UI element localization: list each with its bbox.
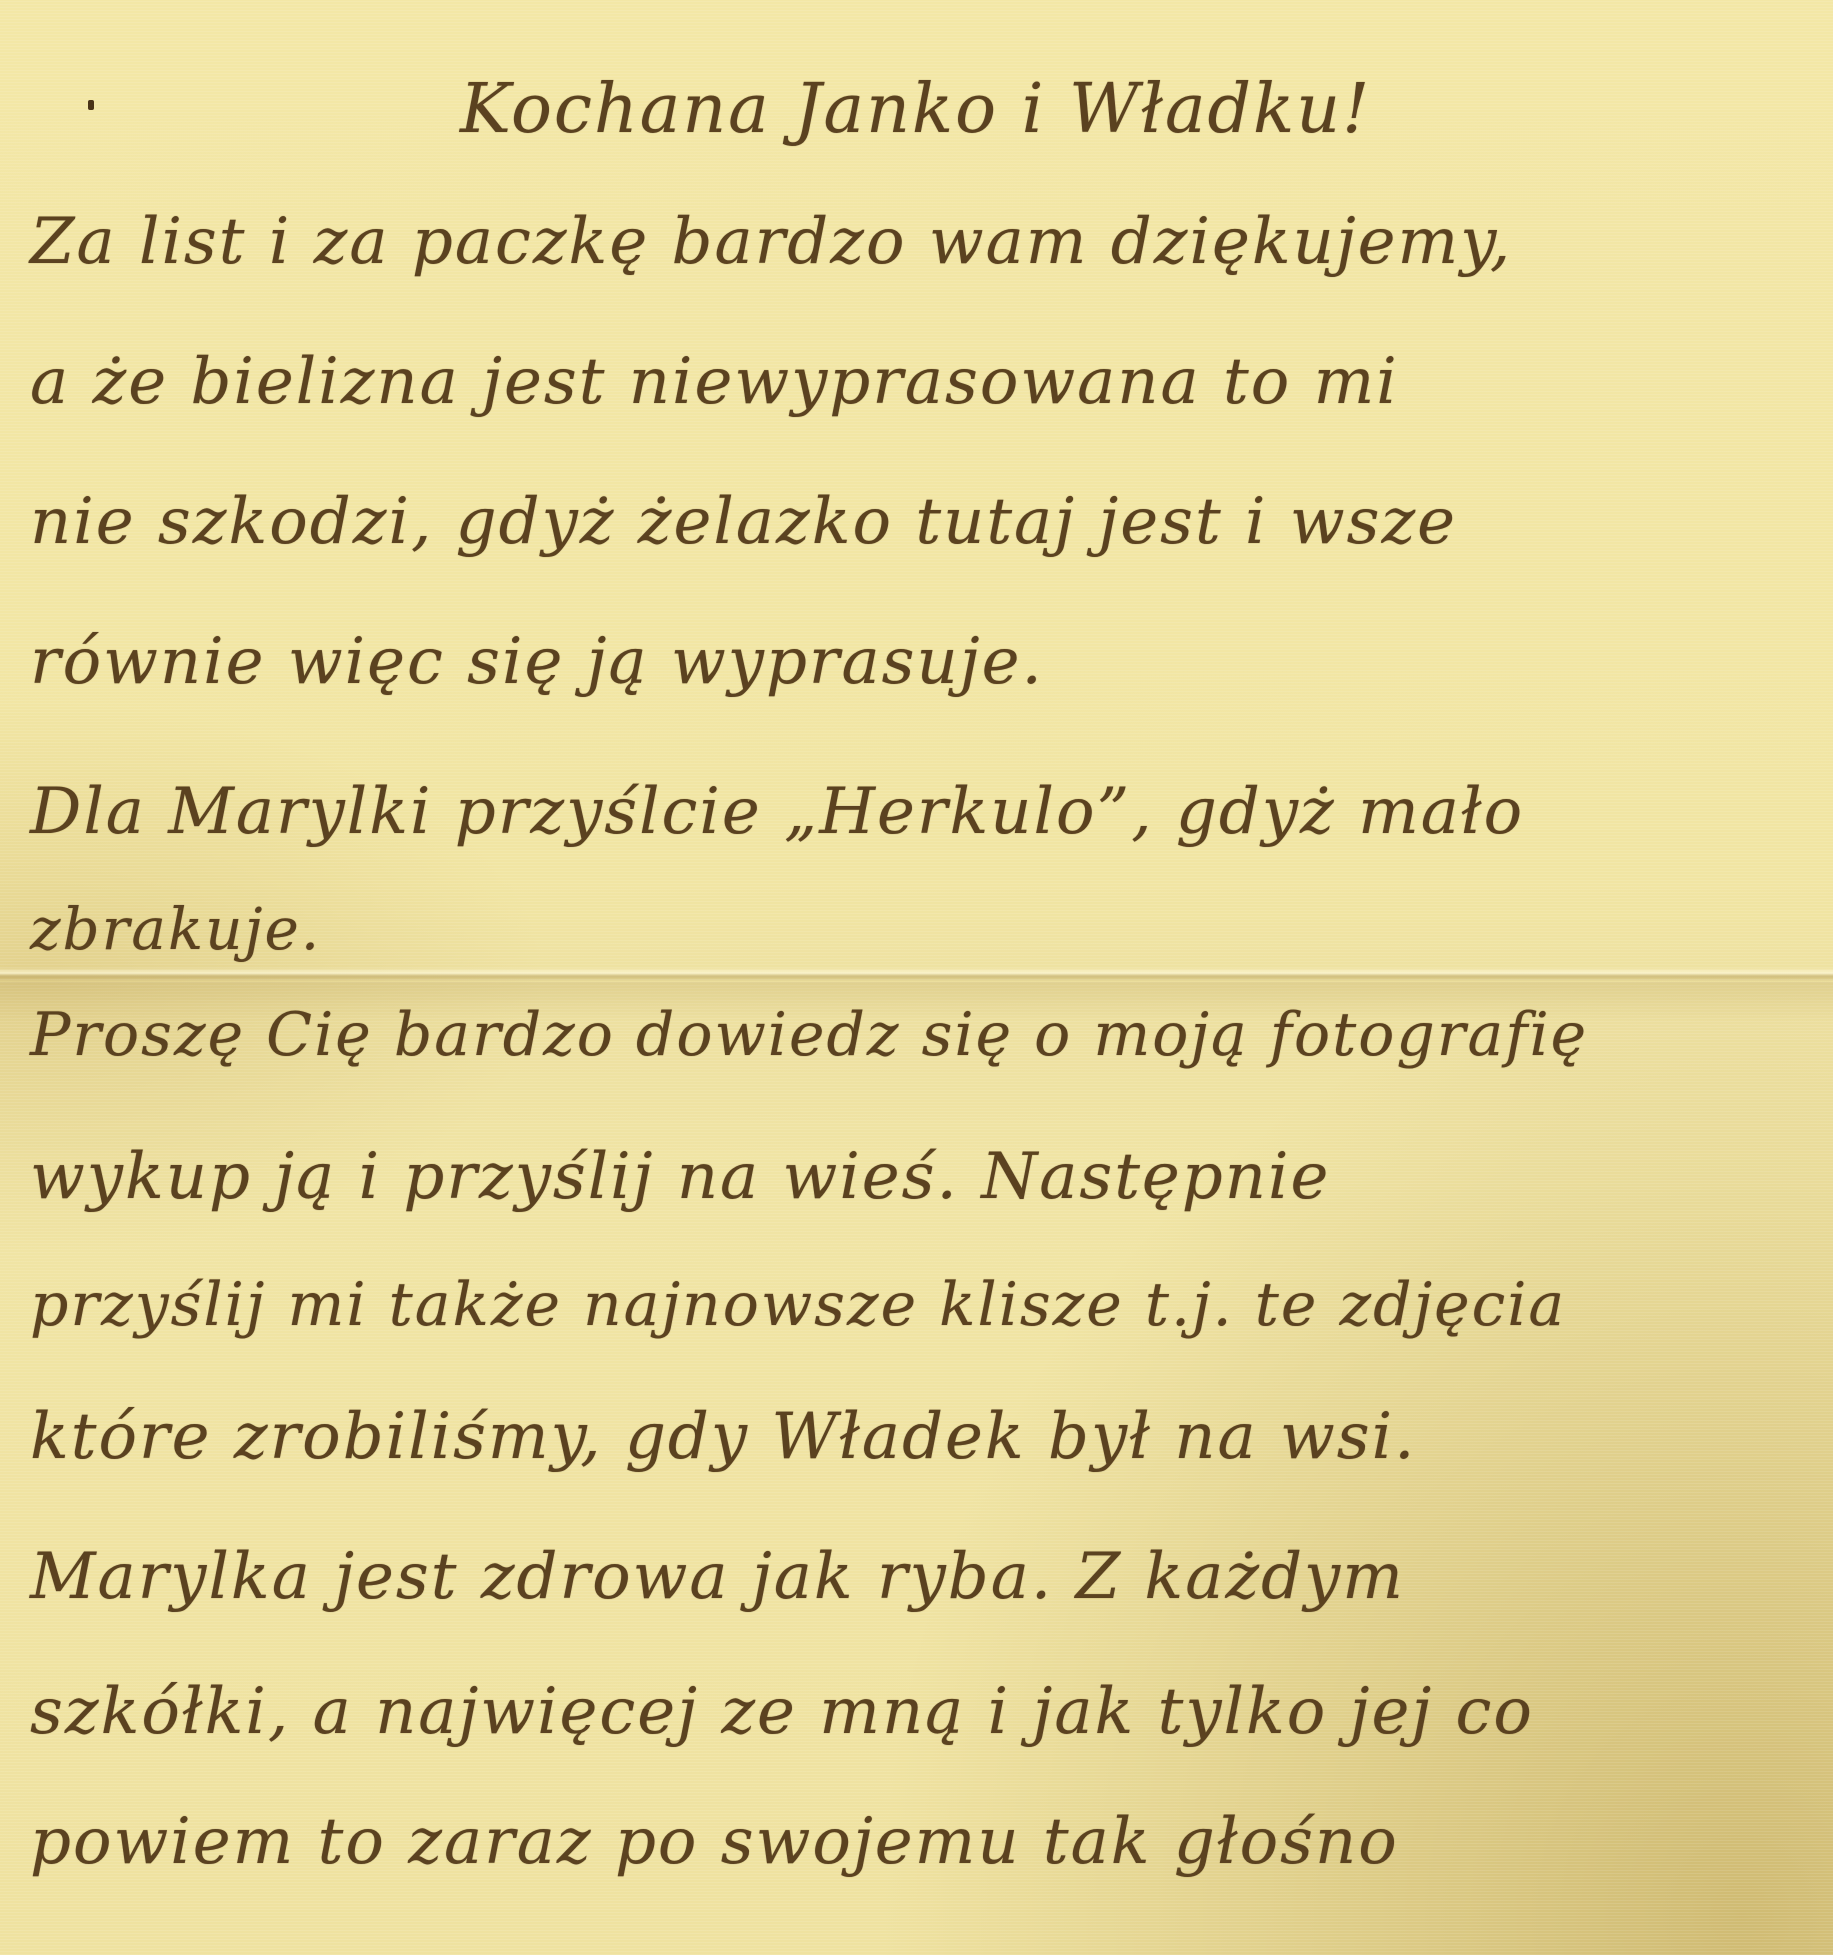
letter-page: Kochana Janko i Władku! Za list i za pac… bbox=[0, 0, 1833, 1955]
letter-line-3: nie szkodzi, gdyż żelazko tutaj jest i w… bbox=[30, 485, 1457, 559]
letter-salutation: Kochana Janko i Władku! bbox=[460, 70, 1371, 149]
paper-fold-crease bbox=[0, 968, 1833, 982]
letter-line-8: wykup ją i przyślij na wieś. Następnie bbox=[30, 1140, 1330, 1214]
letter-line-12: szkółki, a najwięcej ze mną i jak tylko … bbox=[30, 1675, 1534, 1749]
letter-line-9: przyślij mi także najnowsze klisze t.j. … bbox=[30, 1270, 1566, 1340]
letter-line-5: Dla Marylki przyślcie „Herkulo”, gdyż ma… bbox=[30, 775, 1524, 849]
letter-line-4: równie więc się ją wyprasuje. bbox=[30, 625, 1044, 699]
letter-line-1: Za list i za paczkę bardzo wam dziękujem… bbox=[30, 205, 1512, 279]
letter-line-10: które zrobiliśmy, gdy Władek był na wsi. bbox=[30, 1400, 1416, 1474]
letter-line-2: a że bielizna jest niewyprasowana to mi bbox=[30, 345, 1399, 419]
letter-line-11: Marylka jest zdrowa jak ryba. Z każdym bbox=[30, 1540, 1405, 1614]
ink-blot bbox=[88, 100, 94, 110]
letter-line-7: Proszę Cię bardzo dowiedz się o moją fot… bbox=[30, 1000, 1588, 1070]
letter-line-13: powiem to zaraz po swojemu tak głośno bbox=[30, 1805, 1399, 1879]
letter-line-6: zbrakuje. bbox=[30, 895, 321, 963]
